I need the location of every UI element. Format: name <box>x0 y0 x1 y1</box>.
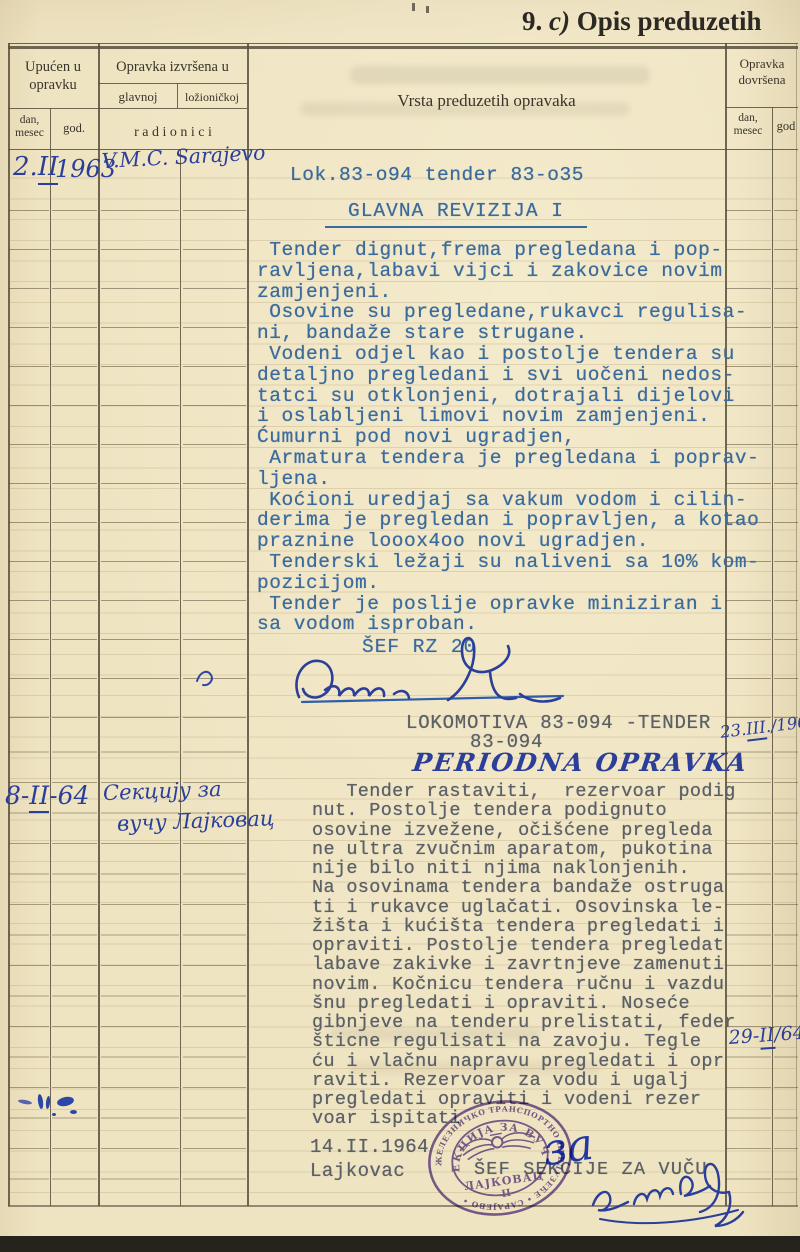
typed-text-line: Ćumurni pod novi ugradjen, <box>257 427 759 448</box>
typed-text-line: Koćioni uredjaj sa vakum vodom i cilin- <box>257 490 759 511</box>
entry1-sent-date: 2.II <box>13 152 58 182</box>
header-line: Opravka <box>727 56 797 72</box>
row-lines <box>9 172 49 720</box>
typed-text-line: Tender rastaviti, rezervoar podig <box>312 782 736 801</box>
typed-text-line: opraviti. Postolje tendera pregledat <box>312 936 736 955</box>
typed-text-line: Tender je poslije opravke miniziran i <box>257 594 759 615</box>
row-lines <box>774 172 798 720</box>
record1-signoff-role: ŠEF RZ 20 <box>362 636 476 658</box>
record1-body: Tender dignut,frema pregledana i pop-rav… <box>257 240 759 635</box>
record2-body: Tender rastaviti, rezervoar podignut. Po… <box>312 782 736 1129</box>
title-letter: c) <box>549 6 570 36</box>
header-depot-workshop: ložioničkoj <box>178 90 246 105</box>
date-rest: -64 <box>49 781 89 810</box>
header-line: mesec <box>9 127 50 140</box>
record2-place: Lajkovac <box>310 1160 405 1182</box>
header-line: dan, <box>9 114 50 127</box>
header-main-workshop: glavnoj <box>99 89 177 105</box>
entry2-sent-date: 8-II-64 <box>5 781 89 810</box>
record1-heading: GLAVNA REVIZIJA I <box>325 200 587 228</box>
typed-text-line: derima je pregledan i popravljen, a kota… <box>257 510 759 531</box>
header-repair-type: Vrsta preduzetih opravaka <box>250 90 723 111</box>
typed-text-line: nut. Postolje tendera podignuto <box>312 801 736 820</box>
header-done-day-month: dan, mesec <box>726 112 770 137</box>
date-day: 2. <box>13 152 38 182</box>
date-month-roman: II <box>759 1024 776 1050</box>
title-number: 9. <box>522 6 542 36</box>
title-text: Opis preduzetih <box>577 6 762 36</box>
record2-date: 14.II.1964 <box>310 1136 429 1158</box>
typed-text-line: Tenderski ležaji su naliveni sa 10% kom- <box>257 552 759 573</box>
table-top-rule-thick <box>8 46 798 49</box>
typed-text-line: zamjenjeni. <box>257 282 759 303</box>
typed-text-line: Osovine su pregledane,rukavci regulisa- <box>257 302 759 323</box>
typed-text-line: pozicijom. <box>257 573 759 594</box>
header-workshop-row: r a d i o n i c i <box>100 124 246 142</box>
row-lines <box>52 172 97 720</box>
typed-text-line: detaljno pregledani i svi uočeni nedos- <box>257 365 759 386</box>
typed-text-line: tatci su otklonjeni, dotrajali dijelovi <box>257 386 759 407</box>
table-top-rule-thin <box>8 43 798 44</box>
stamp-ring-label: ЖЕЛЕЗНИЧКО ТРАНСПОРТНО ПРЕДУЗЕЋЕ • САРАЈ… <box>426 1094 575 1221</box>
header-done-year: god <box>773 119 799 135</box>
typed-text-line: Na osovinama tendera bandaže ostruga <box>312 878 736 897</box>
typed-text-line: nije bilo niti njima naklonjenih. <box>312 859 736 878</box>
typed-text-line: sa vodom isproban. <box>257 614 759 635</box>
record1-loco-ref: Lok.83-o94 tender 83-o35 <box>290 164 584 186</box>
typed-text-line: ljena. <box>257 469 759 490</box>
typed-text-line: novim. Kočnicu tendera ručnu i vazdu <box>312 975 736 994</box>
page-title: 9. c) Opis preduzetih <box>522 6 800 37</box>
header-line: dan, <box>726 112 770 125</box>
row-lines <box>183 172 246 720</box>
bleedthrough-smudge <box>350 66 650 84</box>
header-line: mesec <box>726 125 770 138</box>
record2-loco-line1: LOKOMOTIVA 83-094 -TENDER <box>406 712 711 734</box>
typed-text-line: Vodeni odjel kao i postolje tendera su <box>257 344 759 365</box>
typed-text-line: ni, bandaže stare strugane. <box>257 323 759 344</box>
typed-text-line: i oslabljeni limovi novim zamjenjeni. <box>257 406 759 427</box>
typed-text-line: osovine izvežene, očišćene pregleda <box>312 821 736 840</box>
header-sub-rule-left <box>8 108 247 109</box>
header-sent-year: god. <box>51 121 97 137</box>
row-lines <box>774 722 798 1205</box>
typed-text-line: Armatura tendera je pregledana i poprav- <box>257 448 759 469</box>
top-edge-specks <box>412 3 429 13</box>
scan-edge-band <box>0 1236 800 1252</box>
header-line: Upućen u <box>10 58 96 76</box>
header-repair-done: Opravka dovršena <box>727 56 797 89</box>
section-round-stamp: ЖЕЛЕЗНИЧКО ТРАНСПОРТНО ПРЕДУЗЕЋЕ • САРАЈ… <box>414 1084 585 1233</box>
typed-text-line: praznine looox4oo novi ugradjen. <box>257 531 759 552</box>
header-sent-to-repair: Upućen u opravku <box>10 58 96 94</box>
scanned-repair-log-page: 9. c) Opis preduzetih Upućen u opravku d… <box>0 0 800 1252</box>
typed-text-line: Tender dignut,frema pregledana i pop- <box>257 240 759 261</box>
typed-text-line: ravljena,labavi vijci i zakovice novim <box>257 261 759 282</box>
date-month-roman: III <box>745 717 767 741</box>
typed-text-line: raviti. Rezervoar za vodu i ugalj <box>312 1071 736 1090</box>
header-sent-day-month: dan, mesec <box>9 114 50 139</box>
typed-text-line: ti i rukavce uglačati. Osovinska le- <box>312 898 736 917</box>
entry2-workshop-line1: Секцију за <box>103 777 222 805</box>
date-month-roman: II <box>29 781 49 813</box>
header-repair-performed-in: Opravka izvršena u <box>100 58 245 76</box>
header-line: opravku <box>10 76 96 94</box>
typed-text-line: žišta i kućišta tendera pregledati i <box>312 917 736 936</box>
ink-blot <box>52 1113 56 1116</box>
date-day: 29- <box>728 1025 760 1049</box>
header-sub-rule-workshop <box>98 83 247 84</box>
date-day: 23. <box>719 720 747 742</box>
typed-text-line: ću i vlačnu napravu pregledati i opr <box>312 1052 736 1071</box>
date-rest: /64 <box>774 1022 800 1046</box>
stamp-number-label: II <box>501 1188 512 1201</box>
row-lines <box>101 172 179 720</box>
typed-text-line: gibnjeve na tenderu prelistati, feder <box>312 1013 736 1032</box>
typed-text-line: šticne regulisati na zavoju. Tegle <box>312 1032 736 1051</box>
typed-text-line: šnu pregledati i opraviti. Noseće <box>312 994 736 1013</box>
record2-hand-heading: PERIODNA OPRAVKA <box>411 748 750 777</box>
header-sub-rule-right <box>725 107 798 108</box>
typed-text-line: labave zakivke i zavrtnjeve zamenuti <box>312 955 736 974</box>
ink-blot <box>70 1110 77 1114</box>
typed-text-line: ne ultra zvučnim aparatom, pukotina <box>312 840 736 859</box>
header-line: dovršena <box>727 72 797 88</box>
date-day: 8- <box>5 781 29 810</box>
